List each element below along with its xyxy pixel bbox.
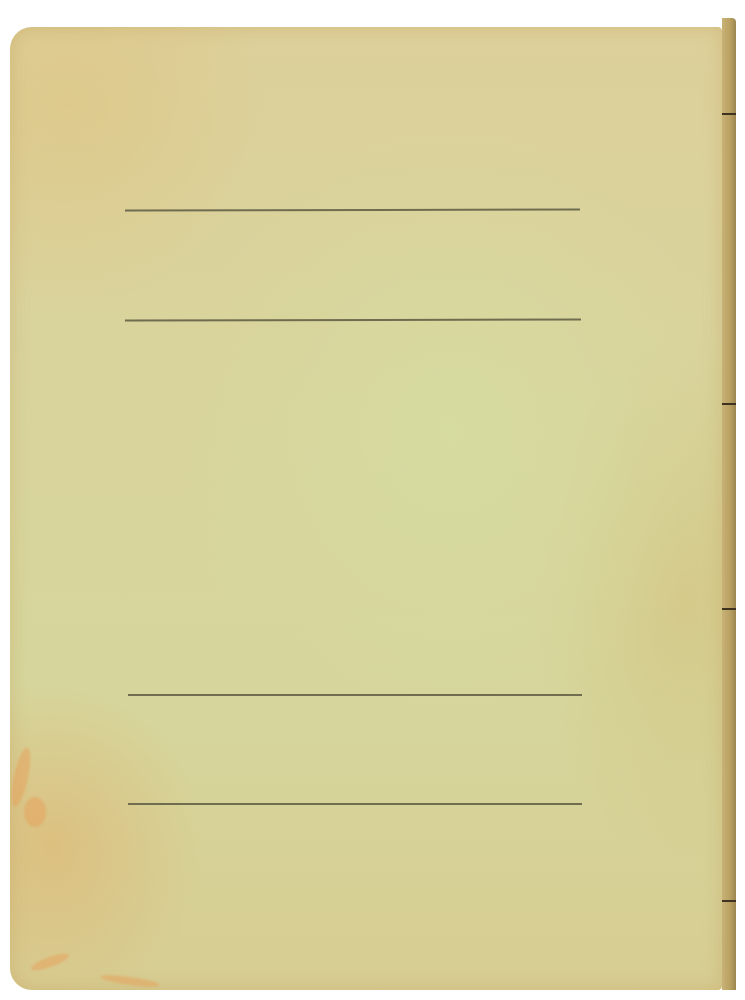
water-stain <box>29 950 70 973</box>
water-stain <box>100 973 161 989</box>
folder-cover <box>10 27 722 990</box>
water-stain <box>24 797 46 827</box>
label-line-3 <box>128 694 582 696</box>
folder-spine <box>722 18 736 990</box>
spine-label-bottom <box>725 923 733 945</box>
spine-notch <box>722 113 736 115</box>
label-line-4 <box>128 803 582 805</box>
spine-notch <box>722 403 736 405</box>
spine-label-top <box>725 58 733 80</box>
spine-notch <box>722 608 736 610</box>
spine-notch <box>722 900 736 902</box>
